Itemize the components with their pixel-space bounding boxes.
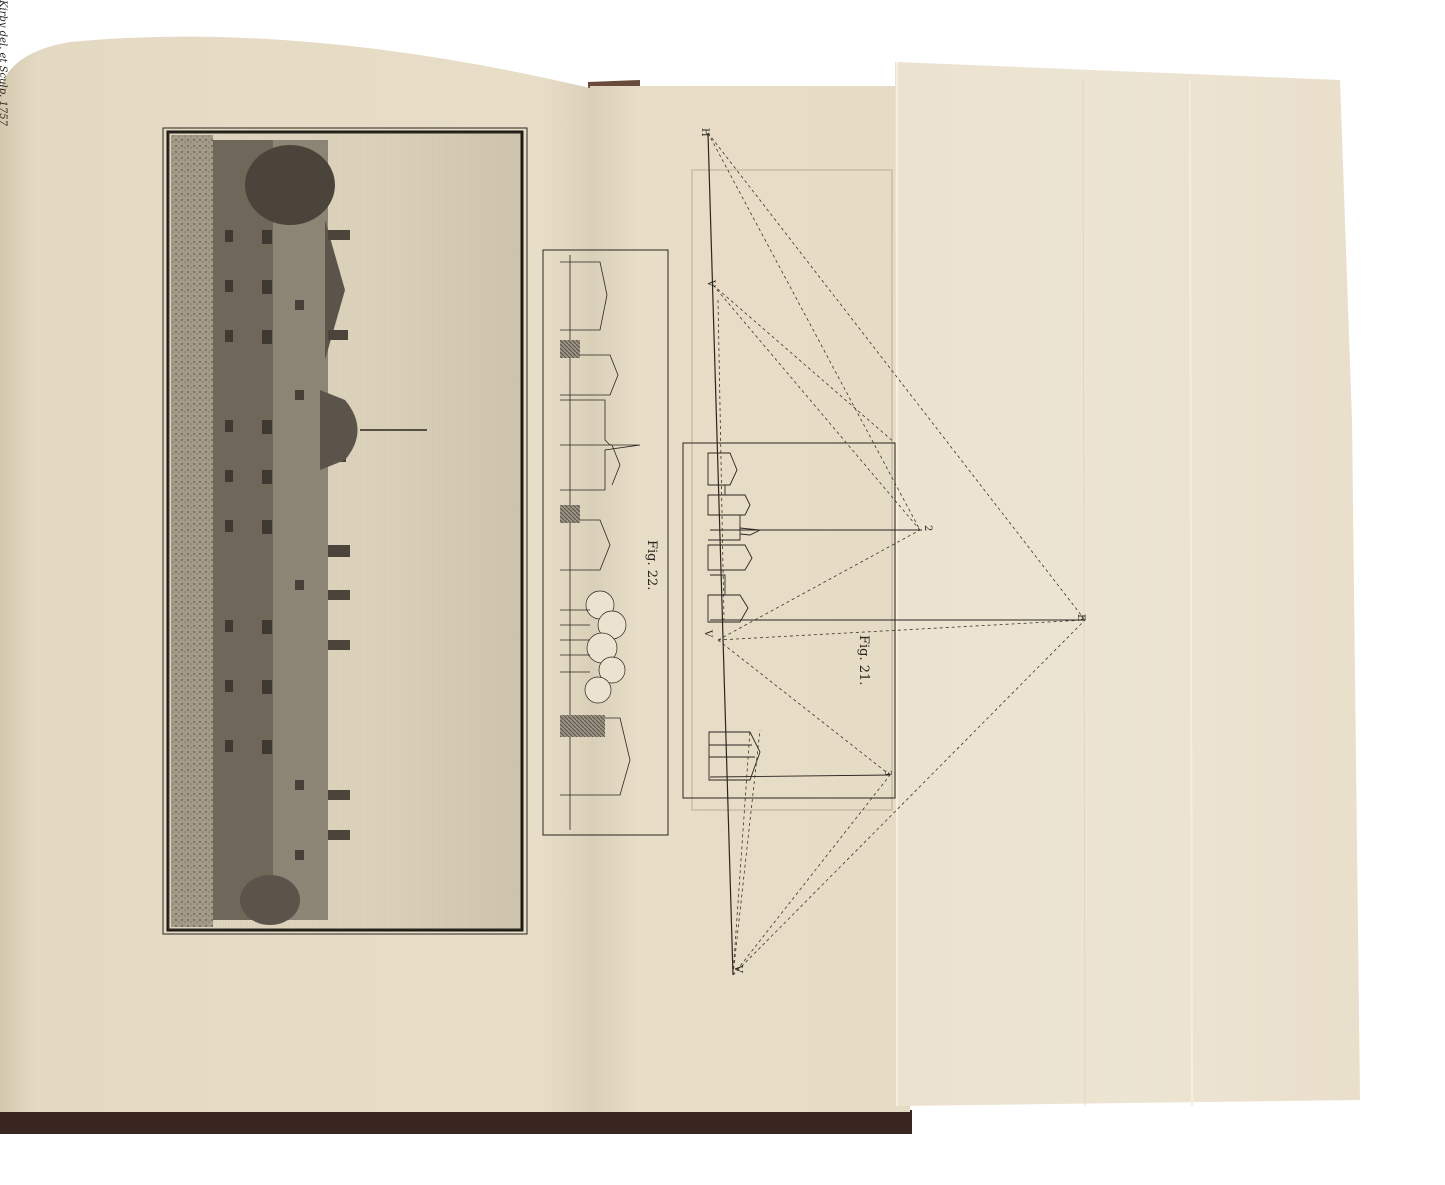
right-page (590, 86, 910, 1112)
figure-21-caption: Fig. 21. (856, 635, 871, 685)
point-label-v-top: V (705, 279, 716, 288)
point-label-e: E (1075, 614, 1086, 621)
point-label-3: 3 (882, 770, 892, 776)
point-label-v-mid: V (702, 629, 713, 638)
book-photograph: Kirby del. et Sculp. 1757 Fig. 22. (0, 0, 1445, 1185)
point-label-h: H (699, 128, 710, 137)
foldout-sheet (895, 62, 1360, 1106)
point-label-2: 2 (922, 525, 933, 531)
point-label-v-bottom: V (732, 964, 745, 974)
engraver-signature: Kirby del. et Sculp. 1757 (0, 0, 8, 127)
figure-22-caption: Fig. 22. (644, 540, 659, 590)
